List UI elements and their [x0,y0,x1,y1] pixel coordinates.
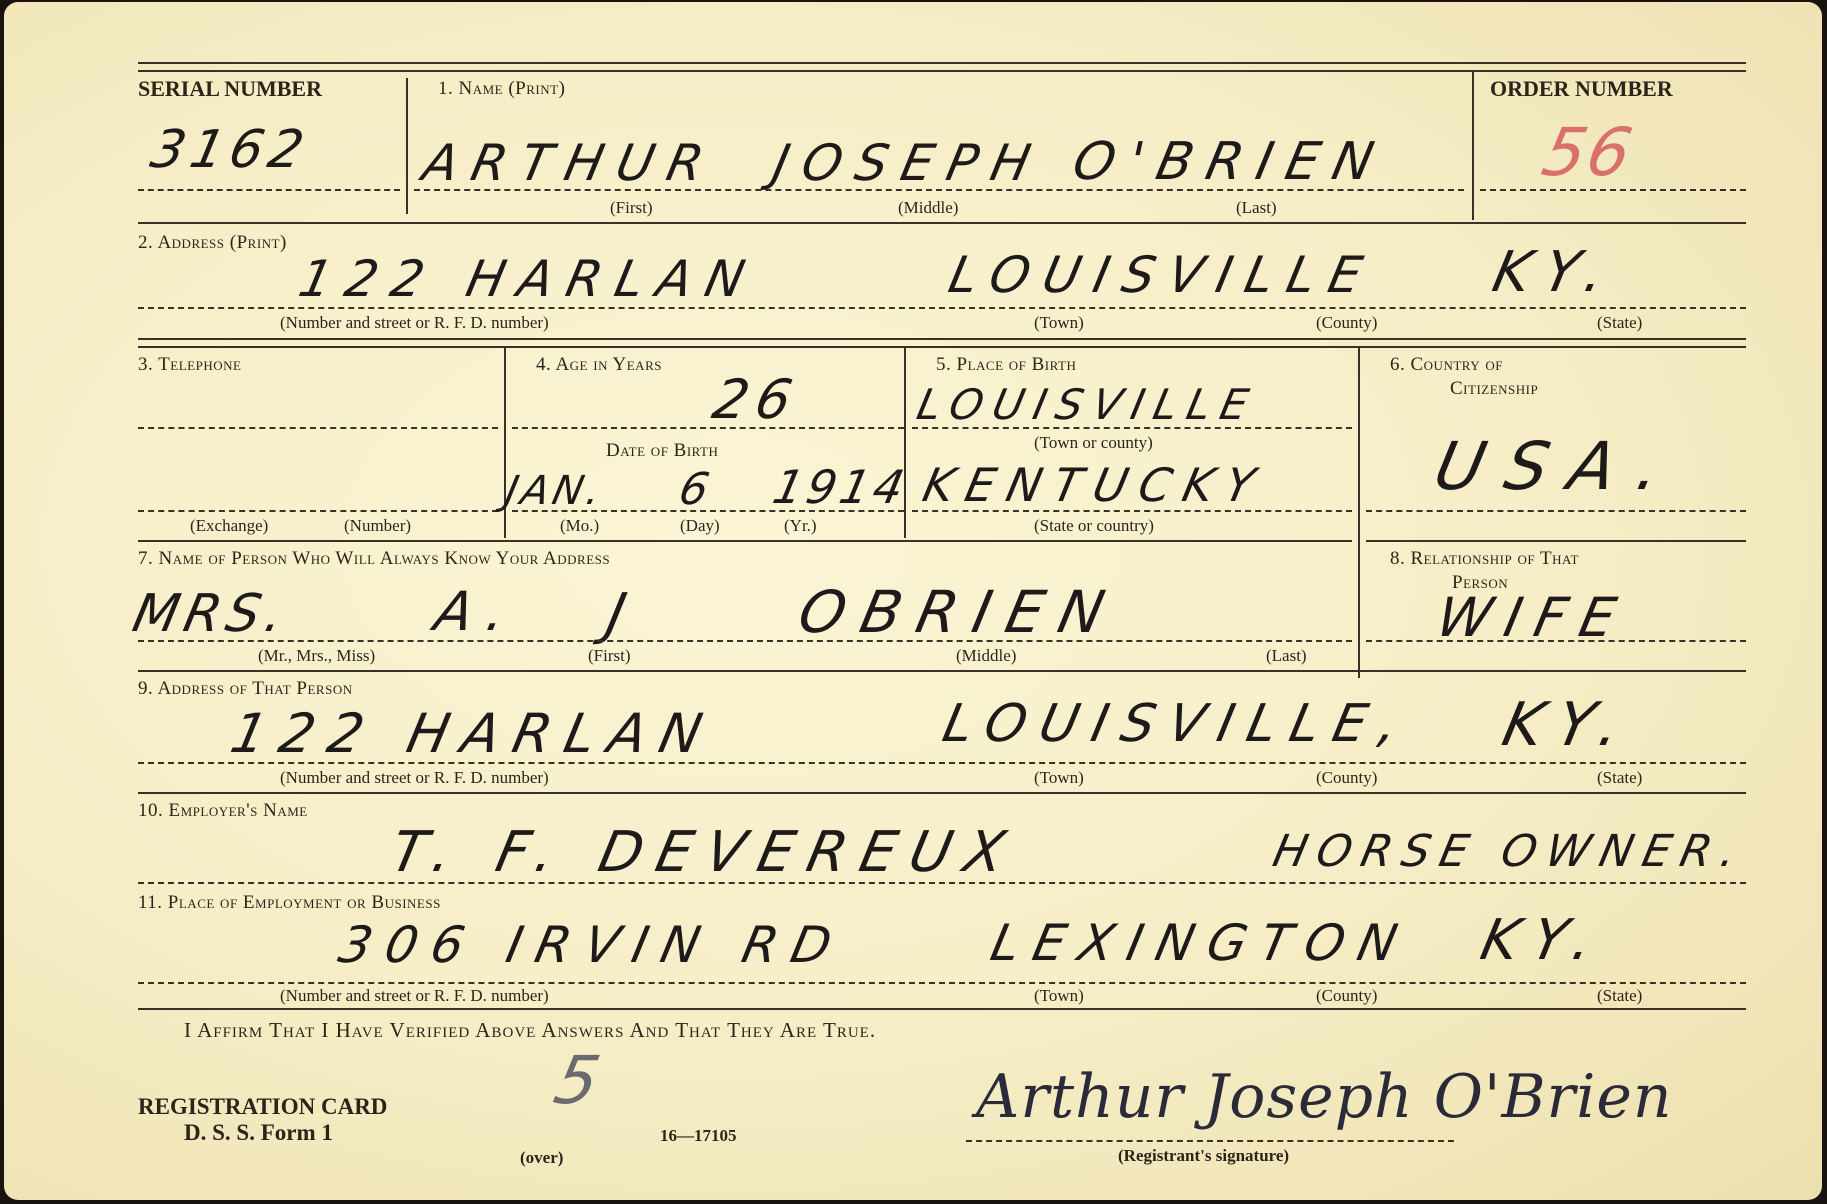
name-cap-first: (First) [610,198,653,218]
birthplace-cap-town: (Town or county) [1034,433,1153,453]
print-code: 16—17105 [660,1126,737,1146]
name-dash [414,189,1464,191]
employment-place-town: LEXINGTON [986,914,1416,972]
contact-address-cap-town: (Town) [1034,768,1084,788]
employer-dash [138,882,1746,884]
order-dash [1480,189,1746,191]
dob-day: 6 [675,464,728,515]
address-street: 122 HARLAN [294,250,764,308]
employment-place-state: KY. [1475,908,1612,973]
signature-caption: (Registrant's signature) [1118,1146,1289,1166]
row-rule [138,222,1746,224]
order-divider [1472,72,1474,220]
telephone-dash-1 [138,427,498,429]
contact-address-street: 122 HARLAN [225,702,721,765]
row-rule [138,540,1352,542]
contact-title: MRS. [128,584,295,644]
contact-address-cap-county: (County) [1316,768,1377,788]
serial-divider [406,78,408,214]
contact-cap-title: (Mr., Mrs., Miss) [258,646,375,666]
address-state: KY. [1487,240,1624,305]
dob-cap-mo: (Mo.) [560,516,599,536]
serial-number-label: SERIAL NUMBER [138,76,322,102]
contact-cap-first: (First) [588,646,631,666]
order-number-label: ORDER NUMBER [1490,76,1673,102]
employment-place-cap-town: (Town) [1034,986,1084,1006]
citizenship-label-1: 6. Country of [1390,354,1503,376]
birthplace-divider [1358,348,1360,678]
contact-address-cap-street: (Number and street or R. F. D. number) [280,768,549,788]
form-number: D. S. S. Form 1 [184,1120,333,1146]
name-cap-last: (Last) [1236,198,1277,218]
contact-cap-middle: (Middle) [956,646,1016,666]
dob-year: 1914 [768,460,913,514]
registrant-signature: Arthur Joseph O'Brien [976,1062,1673,1132]
contact-address-town: LOUISVILLE, [938,694,1418,754]
citizenship-value: USA. [1428,428,1690,505]
telephone-cap-number: (Number) [344,516,411,536]
employer-label: 10. Employer's Name [138,800,308,822]
contact-middle: J [601,582,645,647]
telephone-cap-exchange: (Exchange) [190,516,268,536]
serial-number-value: 3162 [146,120,315,180]
contact-dash [138,640,1352,642]
row-rule [1366,540,1746,542]
birthplace-town-dash [912,427,1352,429]
over-note: (over) [520,1148,563,1168]
telephone-dash-2 [138,510,498,512]
telephone-label: 3. Telephone [138,354,241,376]
affirmation-text: I Affirm That I Have Verified Above Answ… [184,1018,876,1043]
employment-place-cap-county: (County) [1316,986,1377,1006]
birthplace-state: KENTUCKY [918,458,1271,512]
birthplace-town: LOUISVILLE [913,380,1263,429]
contact-cap-last: (Last) [1266,646,1307,666]
name-first: ARTHUR [418,134,723,192]
row-rule [138,792,1746,794]
dob-month: JAN. [501,468,609,514]
serial-dash [138,189,400,191]
registration-card-title: REGISTRATION CARD [138,1094,387,1120]
contact-address-dash [138,762,1746,764]
row-rule-double [138,338,1746,348]
employment-place-cap-state: (State) [1597,986,1642,1006]
contact-last: OBRIEN [793,578,1126,646]
name-middle: JOSEPH [768,134,1050,192]
top-rule [138,62,1746,72]
age-label: 4. Age in Years [536,354,662,376]
address-town: LOUISVILLE [944,246,1381,304]
name-last: O'BRIEN [1068,132,1393,192]
contact-address-label: 9. Address of That Person [138,678,353,700]
address-cap-county: (County) [1316,313,1377,333]
dob-label: Date of Birth [606,440,718,462]
address-cap-town: (Town) [1034,313,1084,333]
contact-address-state: KY. [1497,690,1641,760]
dob-cap-day: (Day) [680,516,720,536]
citizenship-dash [1366,510,1746,512]
row-rule [138,670,1746,672]
address-label: 2. Address (Print) [138,232,287,254]
signature-dash [966,1140,1454,1142]
citizenship-label-2: Citizenship [1450,378,1538,400]
age-divider [904,348,906,538]
age-dash [512,427,904,429]
relationship-dash [1366,640,1746,642]
birthplace-label: 5. Place of Birth [936,354,1076,376]
registration-card: SERIAL NUMBER 3162 1. Name (Print) ARTHU… [4,2,1822,1200]
dob-cap-yr: (Yr.) [784,516,817,536]
employment-place-cap-street: (Number and street or R. F. D. number) [280,986,549,1006]
order-number-value: 56 [1536,114,1640,191]
name-cap-middle: (Middle) [898,198,958,218]
address-dash [138,307,1746,309]
employer-name: T. F. DEVEREUX [385,820,1024,885]
employment-place-dash [138,982,1746,984]
relationship-label-1: 8. Relationship of That [1390,548,1579,570]
dob-dash [512,510,904,512]
contact-address-cap-state: (State) [1597,768,1642,788]
name-label: 1. Name (Print) [438,78,565,100]
address-cap-street: (Number and street or R. F. D. number) [280,313,549,333]
contact-first: A. [429,580,526,643]
contact-label: 7. Name of Person Who Will Always Know Y… [138,548,610,570]
employment-place-street: 306 IRVIN RD [334,916,851,974]
birthplace-cap-state: (State or country) [1034,516,1154,536]
employment-place-label: 11. Place of Employment or Business [138,892,441,914]
pencil-mark: 5 [548,1042,608,1119]
age-value: 26 [707,368,805,431]
address-cap-state: (State) [1597,313,1642,333]
employer-occupation: HORSE OWNER. [1269,826,1751,877]
row-rule [138,1008,1746,1010]
birthplace-state-dash [912,510,1352,512]
